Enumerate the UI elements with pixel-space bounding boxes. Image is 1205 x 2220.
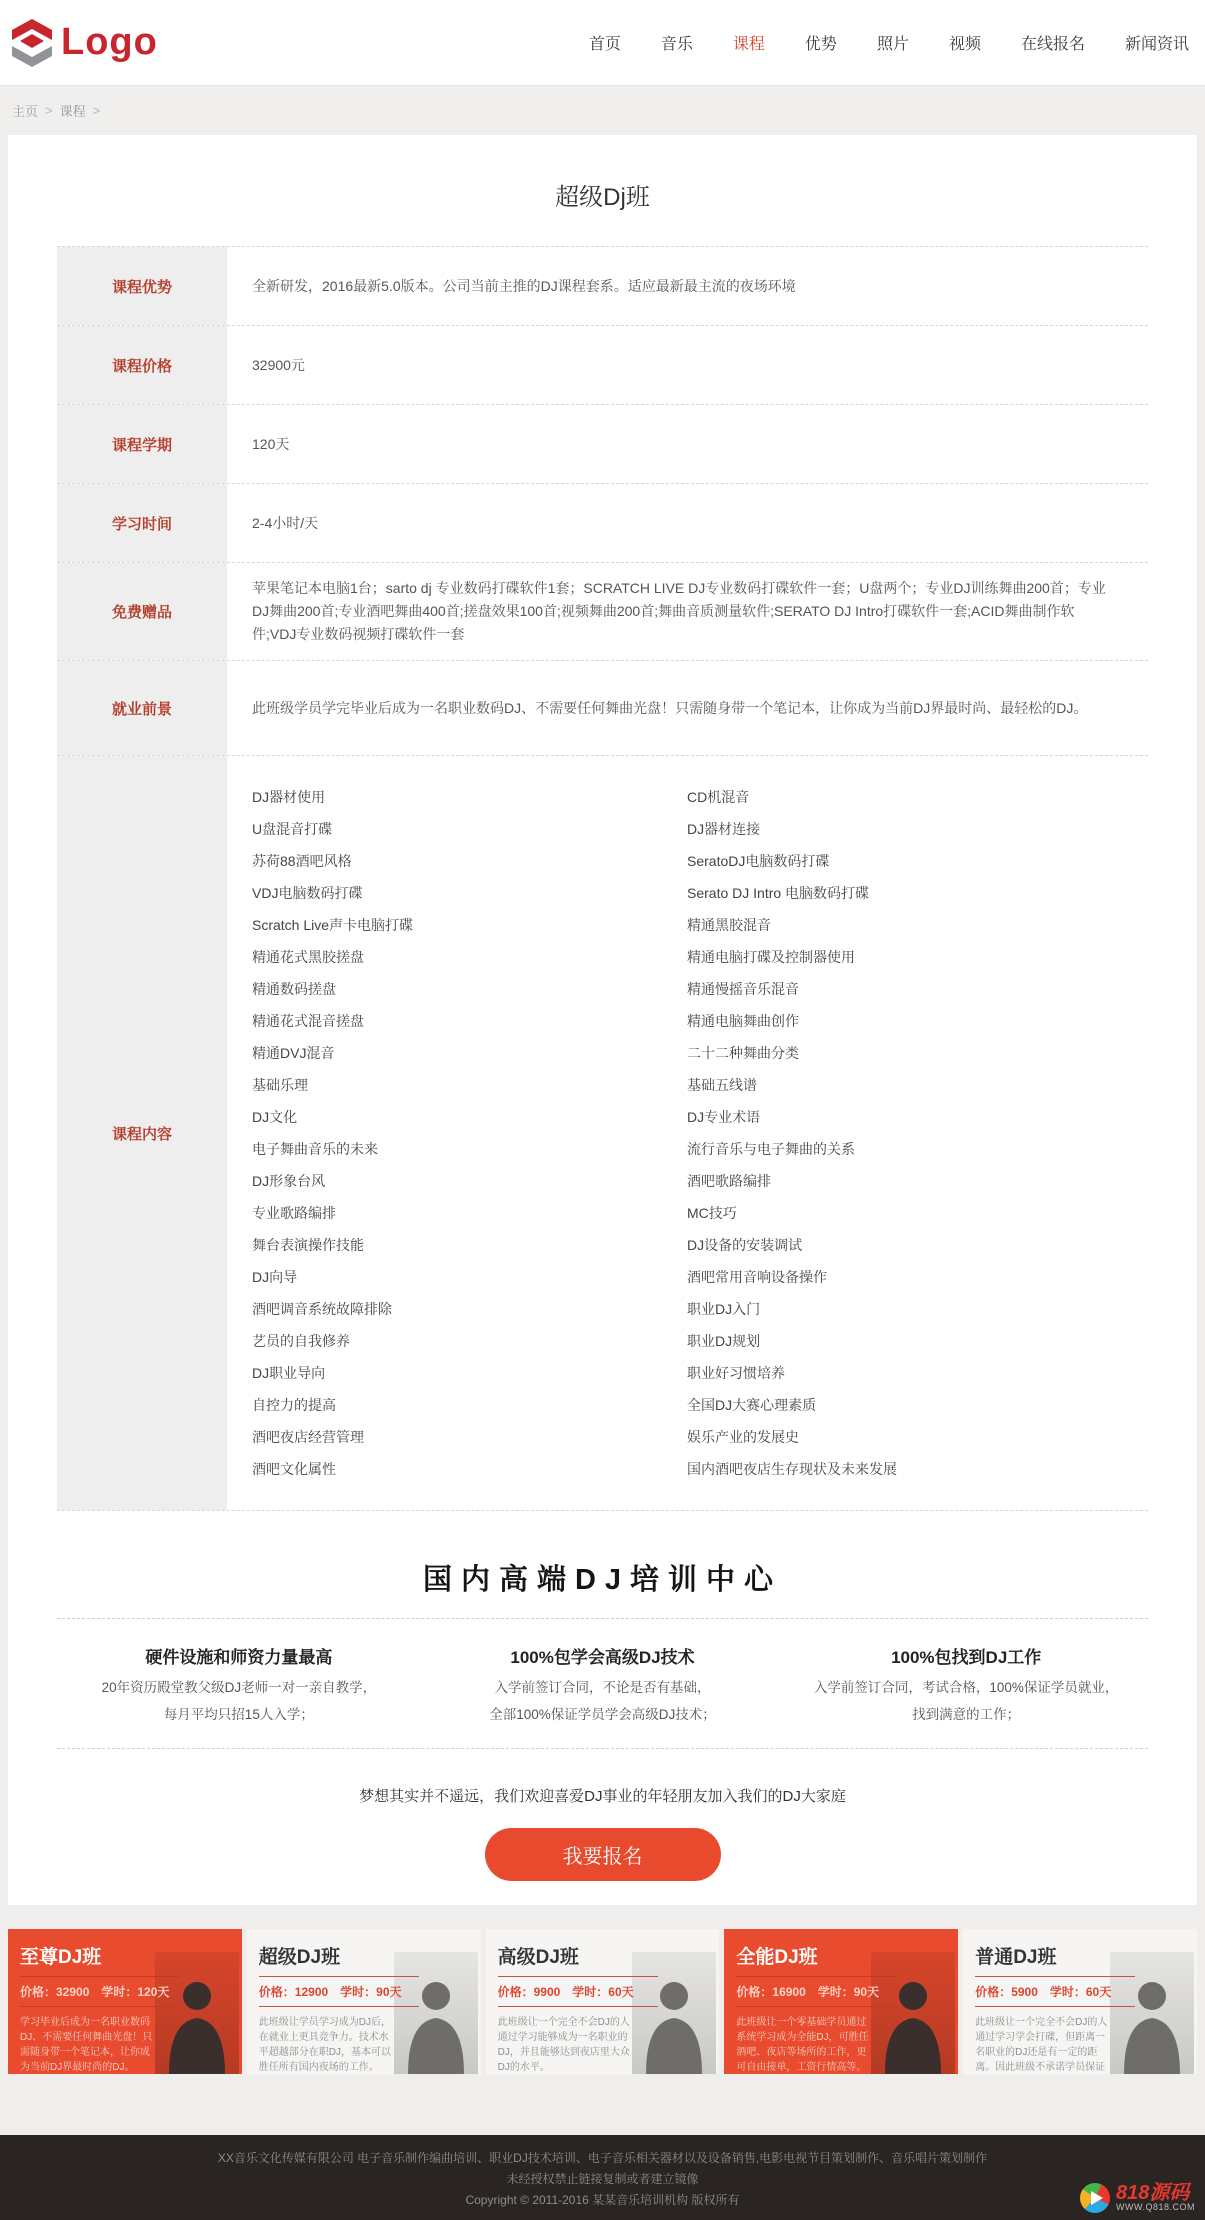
watermark-url: WWW.Q818.COM — [1116, 2202, 1195, 2212]
course-content-item: 基础乐理 — [252, 1069, 687, 1101]
class-description: 此班级让一个完全不会DJ的人通过学习能够成为一名职业的DJ，并且能够达到夜店里大… — [498, 2015, 632, 2074]
course-content-item: VDJ电脑数码打碟 — [252, 877, 687, 909]
divider — [20, 2006, 180, 2007]
class-card-chaoji[interactable]: 超级DJ班 价格：12900 学时：90天 此班级让学员学习成为DJ后，在就业上… — [247, 1929, 481, 2074]
course-content-item: 苏荷88酒吧风格 — [252, 845, 687, 877]
course-content-item: Scratch Live声卡电脑打碟 — [252, 909, 687, 941]
row-label: 课程学期 — [57, 405, 227, 483]
row-label: 学习时间 — [57, 484, 227, 562]
nav-item-videos[interactable]: 视频 — [949, 31, 981, 54]
feature-title: 100%包学会高级DJ技术 — [421, 1643, 785, 1668]
course-content-item: 精通电脑舞曲创作 — [687, 1005, 1123, 1037]
play-icon — [1080, 2183, 1110, 2213]
nav-item-advantages[interactable]: 优势 — [805, 31, 837, 54]
row-label: 就业前景 — [57, 661, 227, 755]
course-content-item: DJ设备的安装调试 — [687, 1229, 1123, 1261]
course-content-item: 艺员的自我修养 — [252, 1325, 687, 1357]
course-content-item: 精通花式黑胶搓盘 — [252, 941, 687, 973]
course-content-item: 精通电脑打碟及控制器使用 — [687, 941, 1123, 973]
main-nav: 首页 音乐 课程 优势 照片 视频 在线报名 新闻资讯 — [589, 31, 1195, 54]
course-content-columns: DJ器材使用U盘混音打碟苏荷88酒吧风格VDJ电脑数码打碟Scratch Liv… — [252, 781, 1123, 1485]
table-row-career: 就业前景 此班级学员学完毕业后成为一名职业数码DJ、不需要任何舞曲光盘！只需随身… — [57, 661, 1148, 756]
dj-photo — [632, 1952, 716, 2074]
divider — [57, 1748, 1148, 1749]
course-content-item: 国内酒吧夜店生存现状及未来发展 — [687, 1453, 1123, 1485]
watermark-logo[interactable]: 818源码 WWW.Q818.COM — [1080, 2183, 1195, 2213]
class-title: 至尊DJ班 — [20, 1942, 230, 1969]
table-row-study-time: 学习时间 2-4小时/天 — [57, 484, 1148, 563]
feature-line: 每月平均只招15人入学； — [57, 1701, 421, 1728]
table-row-free-gifts: 免费赠品 苹果笔记本电脑1台；sarto dj 专业数码打碟软件1套；SCRAT… — [57, 563, 1148, 661]
table-row-content: 课程内容 DJ器材使用U盘混音打碟苏荷88酒吧风格VDJ电脑数码打碟Scratc… — [57, 756, 1148, 1511]
divider — [20, 1976, 180, 1977]
row-value: 苹果笔记本电脑1台；sarto dj 专业数码打碟软件1套；SCRATCH LI… — [227, 563, 1148, 660]
breadcrumb-separator: > — [45, 103, 53, 118]
course-content-item: 精通黑胶混音 — [687, 909, 1123, 941]
site-logo[interactable]: Logo — [10, 18, 158, 68]
course-content-item: DJ形象台风 — [252, 1165, 687, 1197]
signup-button[interactable]: 我要报名 — [485, 1828, 721, 1881]
class-description: 学习毕业后成为一名职业数码DJ、不需要任何舞曲光盘！只需随身带一个笔记本，让你成… — [20, 2015, 154, 2074]
class-card-putong[interactable]: 普通DJ班 价格：5900 学时：60天 此班级让一个完全不会DJ的人通过学习学… — [963, 1929, 1197, 2074]
course-content-item: 职业DJ入门 — [687, 1293, 1123, 1325]
divider — [259, 1976, 419, 1977]
cta-text: 梦想其实并不遥远，我们欢迎喜爱DJ事业的年轻朋友加入我们的DJ大家庭 — [8, 1785, 1197, 1806]
course-content-item: 全国DJ大赛心理素质 — [687, 1389, 1123, 1421]
course-content-item: 酒吧歌路编排 — [687, 1165, 1123, 1197]
course-content-item: 娱乐产业的发展史 — [687, 1421, 1123, 1453]
course-content-item: SeratoDJ电脑数码打碟 — [687, 845, 1123, 877]
course-content-item: 酒吧文化属性 — [252, 1453, 687, 1485]
row-value: DJ器材使用U盘混音打碟苏荷88酒吧风格VDJ电脑数码打碟Scratch Liv… — [227, 756, 1148, 1510]
class-title: 全能DJ班 — [736, 1942, 946, 1969]
logo-text: Logo — [61, 21, 158, 64]
table-row-duration: 课程学期 120天 — [57, 405, 1148, 484]
course-content-item: 舞台表演操作技能 — [252, 1229, 687, 1261]
class-title: 普通DJ班 — [975, 1942, 1185, 1969]
row-label: 课程价格 — [57, 326, 227, 404]
divider — [498, 2006, 658, 2007]
course-content-item: DJ器材连接 — [687, 813, 1123, 845]
divider — [736, 1976, 896, 1977]
class-description: 此班级让一个零基础学员通过系统学习成为全能DJ，可胜任酒吧、夜店等场所的工作，更… — [736, 2015, 870, 2074]
dj-photo — [155, 1952, 239, 2074]
course-content-item: 精通数码搓盘 — [252, 973, 687, 1005]
class-price: 价格：32900 学时：120天 — [20, 1983, 230, 2000]
class-price: 价格：9900 学时：60天 — [498, 1983, 708, 2000]
course-content-item: 自控力的提高 — [252, 1389, 687, 1421]
breadcrumb-separator: > — [93, 103, 101, 118]
nav-item-photos[interactable]: 照片 — [877, 31, 909, 54]
course-content-item: MC技巧 — [687, 1197, 1123, 1229]
footer: XX音乐文化传媒有限公司 电子音乐制作编曲培训、职业DJ技术培训、电子音乐相关器… — [0, 2135, 1205, 2220]
row-value: 120天 — [227, 405, 1148, 483]
table-row-price: 课程价格 32900元 — [57, 326, 1148, 405]
course-content-item: DJ专业术语 — [687, 1101, 1123, 1133]
footer-copyright-line: Copyright © 2011-2016 某某音乐培训机构 版权所有 — [0, 2190, 1205, 2211]
feature-columns: 硬件设施和师资力量最高 20年资历殿堂教父级DJ老师一对一亲自教学， 每月平均只… — [57, 1643, 1148, 1728]
course-content-item: 职业好习惯培养 — [687, 1357, 1123, 1389]
course-content-item: 精通花式混音搓盘 — [252, 1005, 687, 1037]
course-content-right: CD机混音DJ器材连接SeratoDJ电脑数码打碟Serato DJ Intro… — [687, 781, 1123, 1485]
course-content-item: U盘混音打碟 — [252, 813, 687, 845]
divider — [57, 1618, 1148, 1619]
row-label: 免费赠品 — [57, 563, 227, 660]
dj-photo — [871, 1952, 955, 2074]
divider — [975, 1976, 1135, 1977]
class-price: 价格：5900 学时：60天 — [975, 1983, 1185, 2000]
promo-heading: 国内高端DJ培训中心 — [8, 1557, 1197, 1598]
breadcrumb-home[interactable]: 主页 — [12, 101, 38, 120]
course-content-left: DJ器材使用U盘混音打碟苏荷88酒吧风格VDJ电脑数码打碟Scratch Liv… — [252, 781, 687, 1485]
course-content-item: DJ文化 — [252, 1101, 687, 1133]
class-card-row: 至尊DJ班 价格：32900 学时：120天 学习毕业后成为一名职业数码DJ、不… — [8, 1929, 1197, 2074]
course-content-item: 基础五线谱 — [687, 1069, 1123, 1101]
footer-company-line: XX音乐文化传媒有限公司 电子音乐制作编曲培训、职业DJ技术培训、电子音乐相关器… — [0, 2148, 1205, 2169]
course-content-item: 流行音乐与电子舞曲的关系 — [687, 1133, 1123, 1165]
breadcrumb: 主页 > 课程 > — [0, 85, 1205, 135]
feature-title: 硬件设施和师资力量最高 — [57, 1643, 421, 1668]
course-content-item: DJ职业导向 — [252, 1357, 687, 1389]
feature-line: 20年资历殿堂教父级DJ老师一对一亲自教学， — [57, 1674, 421, 1701]
class-card-gaoji[interactable]: 高级DJ班 价格：9900 学时：60天 此班级让一个完全不会DJ的人通过学习能… — [486, 1929, 720, 2074]
course-content-item: 酒吧夜店经营管理 — [252, 1421, 687, 1453]
row-value: 2-4小时/天 — [227, 484, 1148, 562]
nav-item-news[interactable]: 新闻资讯 — [1125, 31, 1189, 54]
course-table: 课程优势 全新研发，2016最新5.0版本。公司当前主推的DJ课程套系。适应最新… — [57, 246, 1148, 1511]
course-content-item: 酒吧常用音响设备操作 — [687, 1261, 1123, 1293]
class-title: 高级DJ班 — [498, 1942, 708, 1969]
breadcrumb-current[interactable]: 课程 — [60, 101, 86, 120]
watermark-brand: 818源码 — [1116, 2184, 1195, 2202]
class-title: 超级DJ班 — [259, 1942, 469, 1969]
row-label: 课程优势 — [57, 247, 227, 325]
class-card-zhizun[interactable]: 至尊DJ班 价格：32900 学时：120天 学习毕业后成为一名职业数码DJ、不… — [8, 1929, 242, 2074]
page: Logo 首页 音乐 课程 优势 照片 视频 在线报名 新闻资讯 主页 > 课程… — [0, 0, 1205, 2220]
course-content-item: 酒吧调音系统故障排除 — [252, 1293, 687, 1325]
divider — [498, 1976, 658, 1977]
divider — [259, 2006, 419, 2007]
feature-column: 100%包学会高级DJ技术 入学前签订合同，不论是否有基础， 全部100%保证学… — [421, 1643, 785, 1728]
header: Logo 首页 音乐 课程 优势 照片 视频 在线报名 新闻资讯 — [0, 0, 1205, 85]
course-content-item: 二十二种舞曲分类 — [687, 1037, 1123, 1069]
nav-item-music[interactable]: 音乐 — [661, 31, 693, 54]
course-content-item: DJ器材使用 — [252, 781, 687, 813]
row-value: 全新研发，2016最新5.0版本。公司当前主推的DJ课程套系。适应最新最主流的夜… — [227, 247, 1148, 325]
course-content-item: Serato DJ Intro 电脑数码打碟 — [687, 877, 1123, 909]
course-detail-card: 超级Dj班 课程优势 全新研发，2016最新5.0版本。公司当前主推的DJ课程套… — [8, 135, 1197, 1905]
divider — [736, 2006, 896, 2007]
class-description: 此班级让学员学习成为DJ后，在就业上更具竞争力。技术水平超越部分在职DJ，基本可… — [259, 2015, 393, 2074]
row-label: 课程内容 — [57, 756, 227, 1510]
course-content-item: 电子舞曲音乐的未来 — [252, 1133, 687, 1165]
watermark-text: 818源码 WWW.Q818.COM — [1116, 2184, 1195, 2212]
logo-icon — [10, 18, 54, 68]
table-row-advantage: 课程优势 全新研发，2016最新5.0版本。公司当前主推的DJ课程套系。适应最新… — [57, 247, 1148, 326]
row-value: 32900元 — [227, 326, 1148, 404]
class-price: 价格：12900 学时：90天 — [259, 1983, 469, 2000]
feature-column: 硬件设施和师资力量最高 20年资历殿堂教父级DJ老师一对一亲自教学， 每月平均只… — [57, 1643, 421, 1728]
course-content-item: 职业DJ规划 — [687, 1325, 1123, 1357]
course-content-item: 专业歌路编排 — [252, 1197, 687, 1229]
dj-photo — [394, 1952, 478, 2074]
feature-line: 全部100%保证学员学会高级DJ技术； — [421, 1701, 785, 1728]
feature-line: 入学前签订合同，考试合格，100%保证学员就业， — [784, 1674, 1148, 1701]
course-content-item: DJ向导 — [252, 1261, 687, 1293]
nav-item-courses[interactable]: 课程 — [733, 31, 765, 54]
footer-notice-line: 未经授权禁止链接复制或者建立镜像 — [0, 2169, 1205, 2190]
feature-line: 找到满意的工作； — [784, 1701, 1148, 1728]
class-card-quanneng[interactable]: 全能DJ班 价格：16900 学时：90天 此班级让一个零基础学员通过系统学习成… — [724, 1929, 958, 2074]
nav-item-home[interactable]: 首页 — [589, 31, 621, 54]
course-content-item: 精通DVJ混音 — [252, 1037, 687, 1069]
course-content-item: CD机混音 — [687, 781, 1123, 813]
nav-item-signup[interactable]: 在线报名 — [1021, 31, 1085, 54]
feature-line: 入学前签订合同，不论是否有基础， — [421, 1674, 785, 1701]
dj-photo — [1110, 1952, 1194, 2074]
class-price: 价格：16900 学时：90天 — [736, 1983, 946, 2000]
row-value: 此班级学员学完毕业后成为一名职业数码DJ、不需要任何舞曲光盘！只需随身带一个笔记… — [227, 661, 1148, 755]
page-title: 超级Dj班 — [8, 177, 1197, 212]
course-content-item: 精通慢摇音乐混音 — [687, 973, 1123, 1005]
divider — [975, 2006, 1135, 2007]
feature-column: 100%包找到DJ工作 入学前签订合同，考试合格，100%保证学员就业， 找到满… — [784, 1643, 1148, 1728]
class-description: 此班级让一个完全不会DJ的人通过学习学会打碟，但距离一名职业的DJ还是有一定的距… — [975, 2015, 1109, 2074]
feature-title: 100%包找到DJ工作 — [784, 1643, 1148, 1668]
